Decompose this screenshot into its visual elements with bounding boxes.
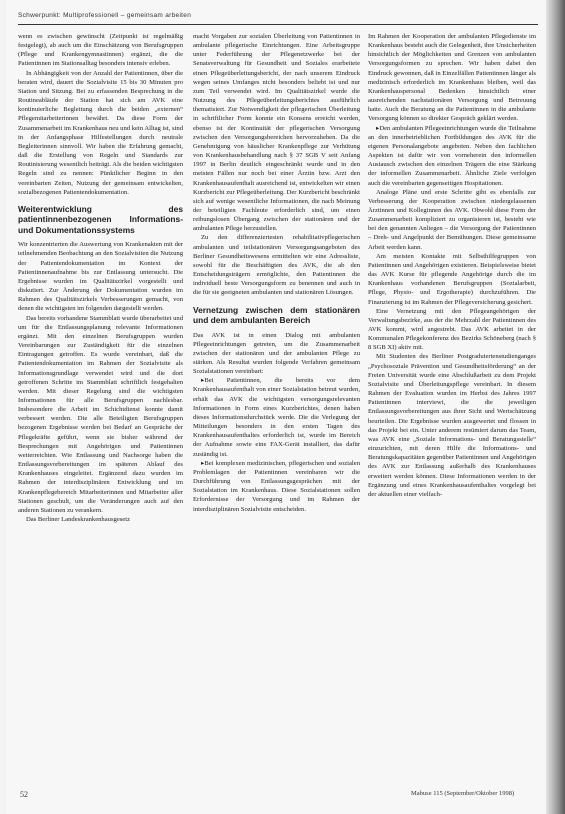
paragraph: Eine Vernetzung mit den Pflegeangehörige… [368,307,536,353]
paragraph: wenn es zwischen gewünscht (Zeitpunkt is… [18,32,183,69]
section-heading: Weiterentwicklung des patientinnenbezoge… [18,204,183,236]
paragraph: Wir konzentrierten die Auswertung von Kr… [18,240,183,313]
paragraph: Am meisten Kontakte mit Selbsthilfegrupp… [368,252,536,307]
book-spine-shadow [546,0,565,814]
paragraph: macht Vorgaben zur sozialen Überleitung … [193,32,360,233]
running-head: Schwerpunkt: Multiprofessionell – gemein… [18,12,538,25]
bullet-paragraph: Bei Patientinnen, die bereits vor dem Kr… [193,376,360,458]
bullet-paragraph: Den ambulanten Pflegeeinrichtungen wurde… [368,124,536,188]
bullet-paragraph: Bei komplexen medizinischen, pflegerisch… [193,459,360,514]
paragraph: Analoge Pläne und erste Schritte gibt es… [368,188,536,252]
paragraph: Das AVK ist in einen Dialog mit ambulant… [193,331,360,377]
paragraph: Im Rahmen der Kooperation der ambulanten… [368,32,536,124]
text-column-2: macht Vorgaben zur sozialen Überleitung … [193,32,360,514]
paragraph: Mit Studenten des Berliner Postgraduiert… [368,352,536,499]
paragraph: Das Berliner Landeskrankenhausgesetz [18,515,183,524]
paragraph: Zu den differenziertesten rehabilitativp… [193,233,360,297]
text-column-3: Im Rahmen der Kooperation der ambulanten… [368,32,536,499]
section-heading: Vernetzung zwischen dem stationären und … [193,305,360,326]
document-page: Schwerpunkt: Multiprofessionell – gemein… [6,0,546,814]
paragraph: In Abhängigkeit von der Anzahl der Patie… [18,69,183,197]
paragraph: Das bereits vorhandene Stammblatt wurde … [18,314,183,515]
page-number: 52 [20,790,28,799]
text-column-1: wenn es zwischen gewünscht (Zeitpunkt is… [18,32,183,524]
journal-citation: Mabuse 115 (September/Oktober 1998) [411,790,514,797]
